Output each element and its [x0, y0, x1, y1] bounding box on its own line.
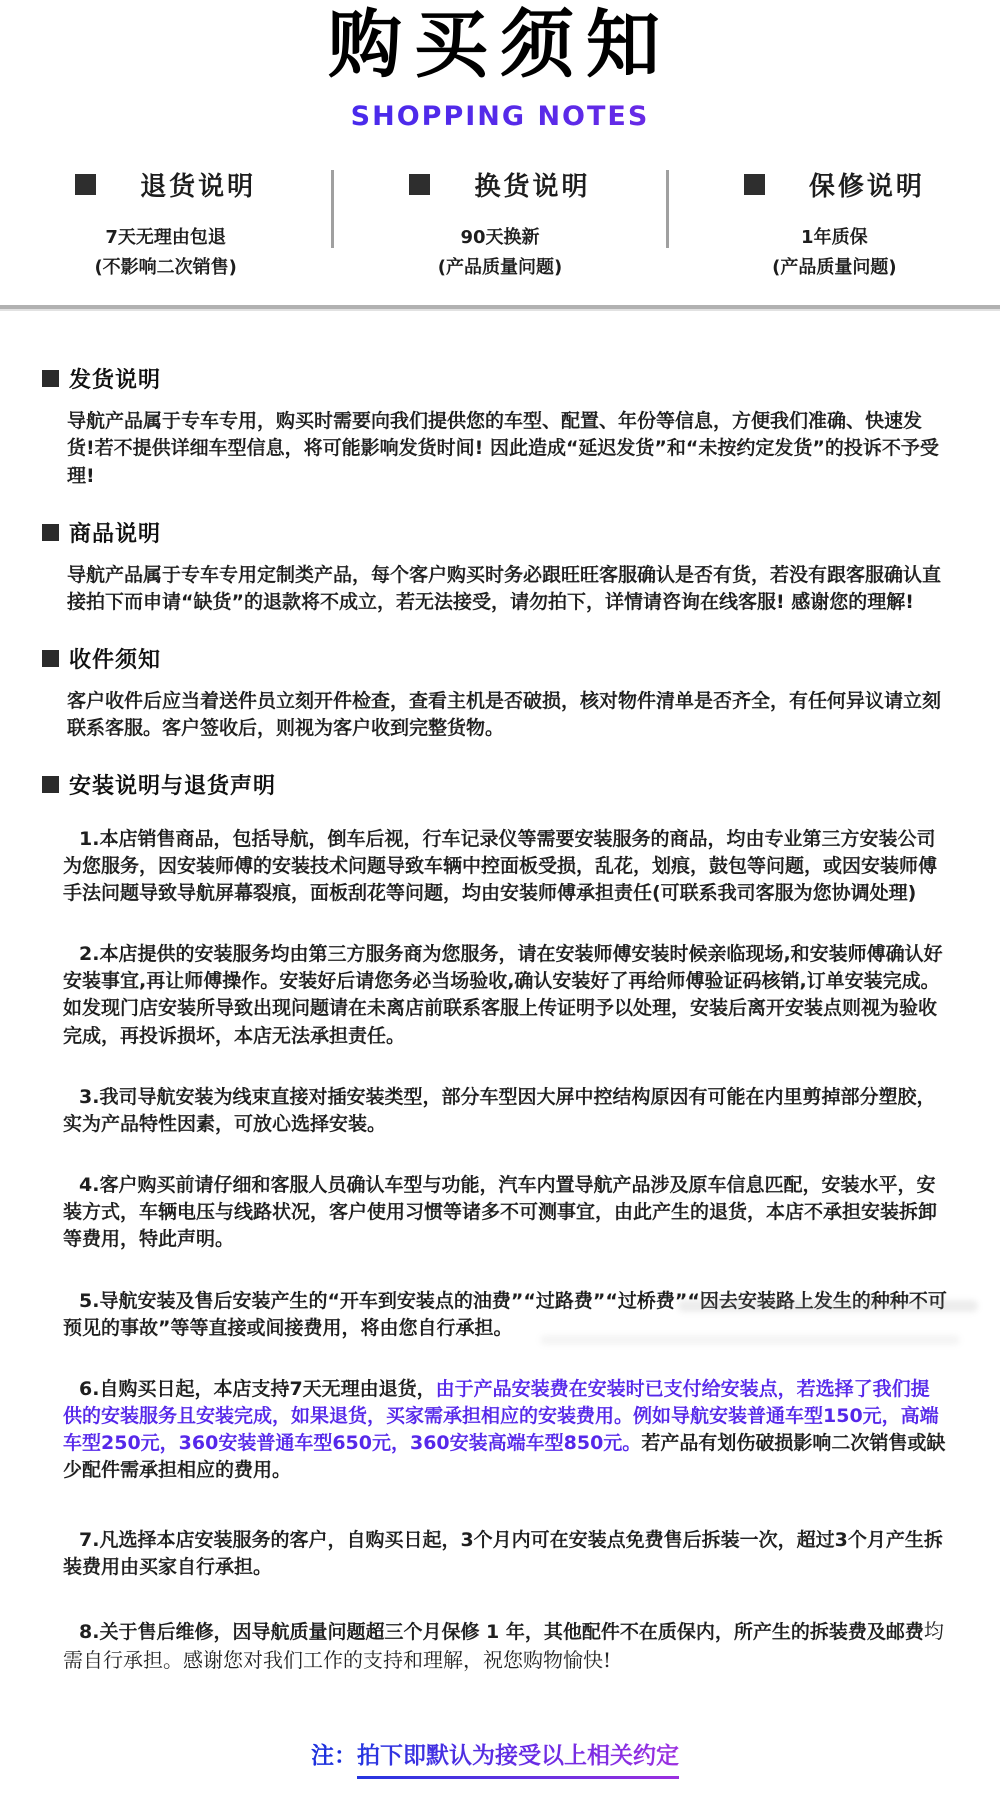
policy-title: 退货说明: [140, 166, 256, 203]
install-item-6: 6.自购买日起，本店支持7天无理由退货，由于产品安装费在安装时已支付给安装点，若…: [63, 1376, 948, 1485]
policy-title: 换货说明: [474, 166, 590, 203]
install-item-4: 4.客户购买前请仔细和客服人员确认车型与功能，汽车内置导航产品涉及原车信息匹配，…: [63, 1172, 948, 1253]
page-title: 购买须知: [0, 4, 1000, 87]
policy-detail-note: (产品质量问题): [334, 253, 665, 279]
footer-note-prefix: 注：: [311, 1743, 357, 1769]
main-content: 发货说明 导航产品属于专车专用，购买时需要向我们提供您的车型、配置、年份等信息，…: [0, 311, 1000, 1800]
section-title: 收件须知: [69, 643, 161, 674]
install-item-5: 5.导航安装及售后安装产生的“开车到安装点的油费”“过路费”“过桥费”“因去安装…: [63, 1288, 948, 1342]
square-bullet-icon: [75, 174, 96, 195]
footer-note-body: 拍下即默认为接受以上相关约定: [357, 1743, 679, 1779]
square-bullet-icon: [42, 524, 59, 541]
policy-title: 保修说明: [809, 166, 925, 203]
section-title: 安装说明与退货声明: [69, 769, 276, 800]
item8-lead-text: 8.关于售后维修，因导航质量问题超三个月保修 1 年，其他配件不在质保内，所产生…: [79, 1621, 924, 1643]
square-bullet-icon: [42, 650, 59, 667]
policy-detail: 1年质保: [669, 223, 1000, 249]
square-bullet-icon: [409, 174, 430, 195]
section-product-body: 导航产品属于专车专用定制类产品，每个客户购买时务必跟旺旺客服确认是否有货，若没有…: [67, 562, 948, 617]
policy-column-exchange: 换货说明 90天换新 (产品质量问题): [334, 164, 665, 279]
policy-detail-note: (产品质量问题): [669, 253, 1000, 279]
square-bullet-icon: [744, 174, 765, 195]
shopping-notes-page: 购买须知 SHOPPING NOTES 退货说明 7天无理由包退 (不影响二次销…: [0, 0, 1000, 1800]
install-item-1: 1.本店销售商品，包括导航，倒车后视，行车记录仪等需要安装服务的商品，均由专业第…: [63, 826, 948, 907]
policy-column-return: 退货说明 7天无理由包退 (不影响二次销售): [0, 164, 331, 279]
policy-column-warranty: 保修说明 1年质保 (产品质量问题): [669, 164, 1000, 279]
section-title: 发货说明: [69, 363, 161, 394]
install-item-2: 2.本店提供的安装服务均由第三方服务商为您服务，请在安装师傅安装时候亲临现场,和…: [63, 941, 948, 1050]
section-shipping-header: 发货说明: [42, 363, 948, 394]
footer-note: 注：拍下即默认为接受以上相关约定: [42, 1737, 948, 1800]
policy-band: 退货说明 7天无理由包退 (不影响二次销售) 换货说明 90天换新 (产品质量问…: [0, 164, 1000, 279]
square-bullet-icon: [42, 370, 59, 387]
policy-detail: 7天无理由包退: [0, 223, 331, 249]
item6-lead-text: 6.自购买日起，本店支持7天无理由退货，: [79, 1378, 436, 1400]
policy-detail-note: (不影响二次销售): [0, 253, 331, 279]
section-install-header: 安装说明与退货声明: [42, 769, 948, 800]
policy-detail: 90天换新: [334, 223, 665, 249]
square-bullet-icon: [42, 776, 59, 793]
install-item-3: 3.我司导航安装为线束直接对插安装类型，部分车型因大屏中控结构原因有可能在内里剪…: [63, 1084, 948, 1138]
install-item-7: 7.凡选择本店安装服务的客户，自购买日起，3个月内可在安装点免费售后拆装一次，超…: [63, 1527, 948, 1581]
section-shipping-body: 导航产品属于专车专用，购买时需要向我们提供您的车型、配置、年份等信息，方便我们准…: [67, 408, 948, 491]
install-item-8: 8.关于售后维修，因导航质量问题超三个月保修 1 年，其他配件不在质保内，所产生…: [63, 1617, 948, 1675]
section-product-header: 商品说明: [42, 517, 948, 548]
section-receiving-body: 客户收件后应当着送件员立刻开件检查，查看主机是否破损，核对物件清单是否齐全，有任…: [67, 688, 948, 743]
page-subtitle: SHOPPING NOTES: [0, 101, 1000, 132]
section-receiving-header: 收件须知: [42, 643, 948, 674]
section-title: 商品说明: [69, 517, 161, 548]
faint-watermark: [678, 1300, 978, 1312]
faint-watermark: [540, 1335, 960, 1345]
